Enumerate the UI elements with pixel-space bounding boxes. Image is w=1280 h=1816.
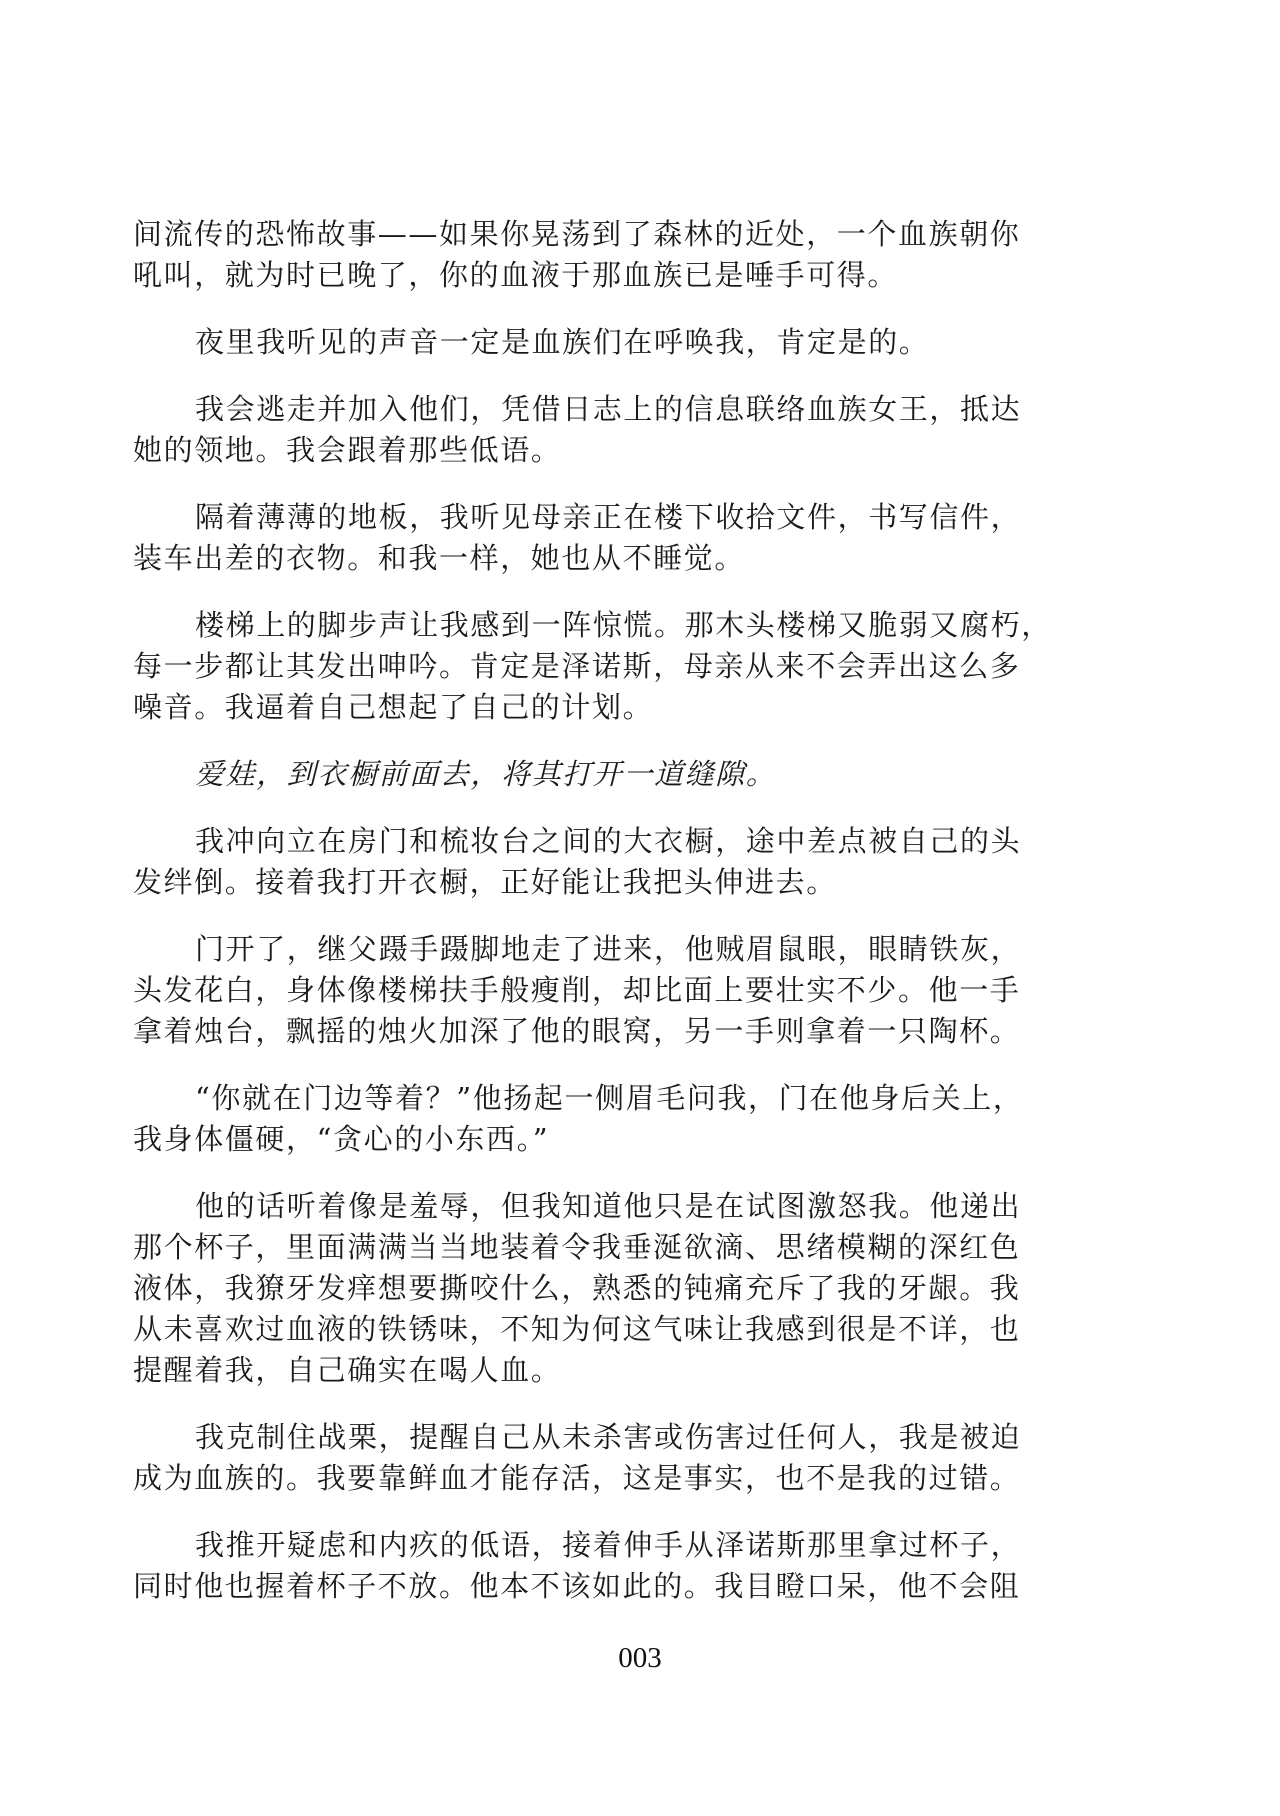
body-text: 间流传的恐怖故事——如果你晃荡到了森林的近处，一个血族朝你吼叫，就为时已晚了，你… bbox=[133, 214, 1073, 1633]
text-line: 从未喜欢过血液的铁锈味，不知为何这气味让我感到很是不详，也 bbox=[133, 1309, 1073, 1350]
text-line: 吼叫，就为时已晚了，你的血液于那血族已是唾手可得。 bbox=[133, 255, 1073, 296]
text-line: 他的话听着像是羞辱，但我知道他只是在试图激怒我。他递出 bbox=[133, 1186, 1073, 1227]
text-line: 我冲向立在房门和梳妆台之间的大衣橱，途中差点被自己的头 bbox=[133, 821, 1073, 862]
text-line: 门开了，继父蹑手蹑脚地走了进来，他贼眉鼠眼，眼睛铁灰， bbox=[133, 929, 1073, 970]
text-line: 液体，我獠牙发痒想要撕咬什么，熟悉的钝痛充斥了我的牙龈。我 bbox=[133, 1268, 1073, 1309]
text-line: 同时他也握着杯子不放。他本不该如此的。我目瞪口呆，他不会阻 bbox=[133, 1566, 1073, 1607]
text-line: 我身体僵硬，“贪心的小东西。” bbox=[133, 1119, 1073, 1160]
paragraph: 门开了，继父蹑手蹑脚地走了进来，他贼眉鼠眼，眼睛铁灰，头发花白，身体像楼梯扶手般… bbox=[133, 929, 1073, 1052]
text-line: 楼梯上的脚步声让我感到一阵惊慌。那木头楼梯又脆弱又腐朽， bbox=[133, 605, 1073, 646]
paragraph: 我会逃走并加入他们，凭借日志上的信息联络血族女王，抵达她的领地。我会跟着那些低语… bbox=[133, 389, 1073, 471]
text-line: “你就在门边等着？”他扬起一侧眉毛问我，门在他身后关上， bbox=[133, 1078, 1073, 1119]
text-line: 爱娃，到衣橱前面去，将其打开一道缝隙。 bbox=[133, 754, 1073, 795]
text-line: 那个杯子，里面满满当当地装着令我垂涎欲滴、思绪模糊的深红色 bbox=[133, 1227, 1073, 1268]
text-line: 拿着烛台，飘摇的烛火加深了他的眼窝，另一手则拿着一只陶杯。 bbox=[133, 1011, 1073, 1052]
text-line: 头发花白，身体像楼梯扶手般瘦削，却比面上要壮实不少。他一手 bbox=[133, 970, 1073, 1011]
text-line: 发绊倒。接着我打开衣橱，正好能让我把头伸进去。 bbox=[133, 862, 1073, 903]
document-page: 间流传的恐怖故事——如果你晃荡到了森林的近处，一个血族朝你吼叫，就为时已晚了，你… bbox=[0, 0, 1280, 1816]
text-line: 每一步都让其发出呻吟。肯定是泽诺斯，母亲从来不会弄出这么多 bbox=[133, 646, 1073, 687]
text-line: 隔着薄薄的地板，我听见母亲正在楼下收拾文件，书写信件， bbox=[133, 497, 1073, 538]
text-line: 她的领地。我会跟着那些低语。 bbox=[133, 430, 1073, 471]
text-line: 提醒着我，自己确实在喝人血。 bbox=[133, 1350, 1073, 1391]
text-line: 噪音。我逼着自己想起了自己的计划。 bbox=[133, 687, 1073, 728]
page-number: 003 bbox=[0, 1642, 1280, 1675]
paragraph: “你就在门边等着？”他扬起一侧眉毛问我，门在他身后关上，我身体僵硬，“贪心的小东… bbox=[133, 1078, 1073, 1160]
paragraph: 我推开疑虑和内疚的低语，接着伸手从泽诺斯那里拿过杯子，同时他也握着杯子不放。他本… bbox=[133, 1525, 1073, 1607]
text-line: 夜里我听见的声音一定是血族们在呼唤我，肯定是的。 bbox=[133, 322, 1073, 363]
paragraph: 我克制住战栗，提醒自己从未杀害或伤害过任何人，我是被迫成为血族的。我要靠鲜血才能… bbox=[133, 1417, 1073, 1499]
text-line: 我推开疑虑和内疚的低语，接着伸手从泽诺斯那里拿过杯子， bbox=[133, 1525, 1073, 1566]
paragraph: 间流传的恐怖故事——如果你晃荡到了森林的近处，一个血族朝你吼叫，就为时已晚了，你… bbox=[133, 214, 1073, 296]
text-line: 成为血族的。我要靠鲜血才能存活，这是事实，也不是我的过错。 bbox=[133, 1458, 1073, 1499]
text-line: 我会逃走并加入他们，凭借日志上的信息联络血族女王，抵达 bbox=[133, 389, 1073, 430]
text-line: 装车出差的衣物。和我一样，她也从不睡觉。 bbox=[133, 538, 1073, 579]
paragraph: 隔着薄薄的地板，我听见母亲正在楼下收拾文件，书写信件，装车出差的衣物。和我一样，… bbox=[133, 497, 1073, 579]
paragraph: 我冲向立在房门和梳妆台之间的大衣橱，途中差点被自己的头发绊倒。接着我打开衣橱，正… bbox=[133, 821, 1073, 903]
paragraph: 楼梯上的脚步声让我感到一阵惊慌。那木头楼梯又脆弱又腐朽，每一步都让其发出呻吟。肯… bbox=[133, 605, 1073, 728]
text-line: 间流传的恐怖故事——如果你晃荡到了森林的近处，一个血族朝你 bbox=[133, 214, 1073, 255]
paragraph: 他的话听着像是羞辱，但我知道他只是在试图激怒我。他递出那个杯子，里面满满当当地装… bbox=[133, 1186, 1073, 1391]
text-line: 我克制住战栗，提醒自己从未杀害或伤害过任何人，我是被迫 bbox=[133, 1417, 1073, 1458]
paragraph: 夜里我听见的声音一定是血族们在呼唤我，肯定是的。 bbox=[133, 322, 1073, 363]
italic-thought-paragraph: 爱娃，到衣橱前面去，将其打开一道缝隙。 bbox=[133, 754, 1073, 795]
